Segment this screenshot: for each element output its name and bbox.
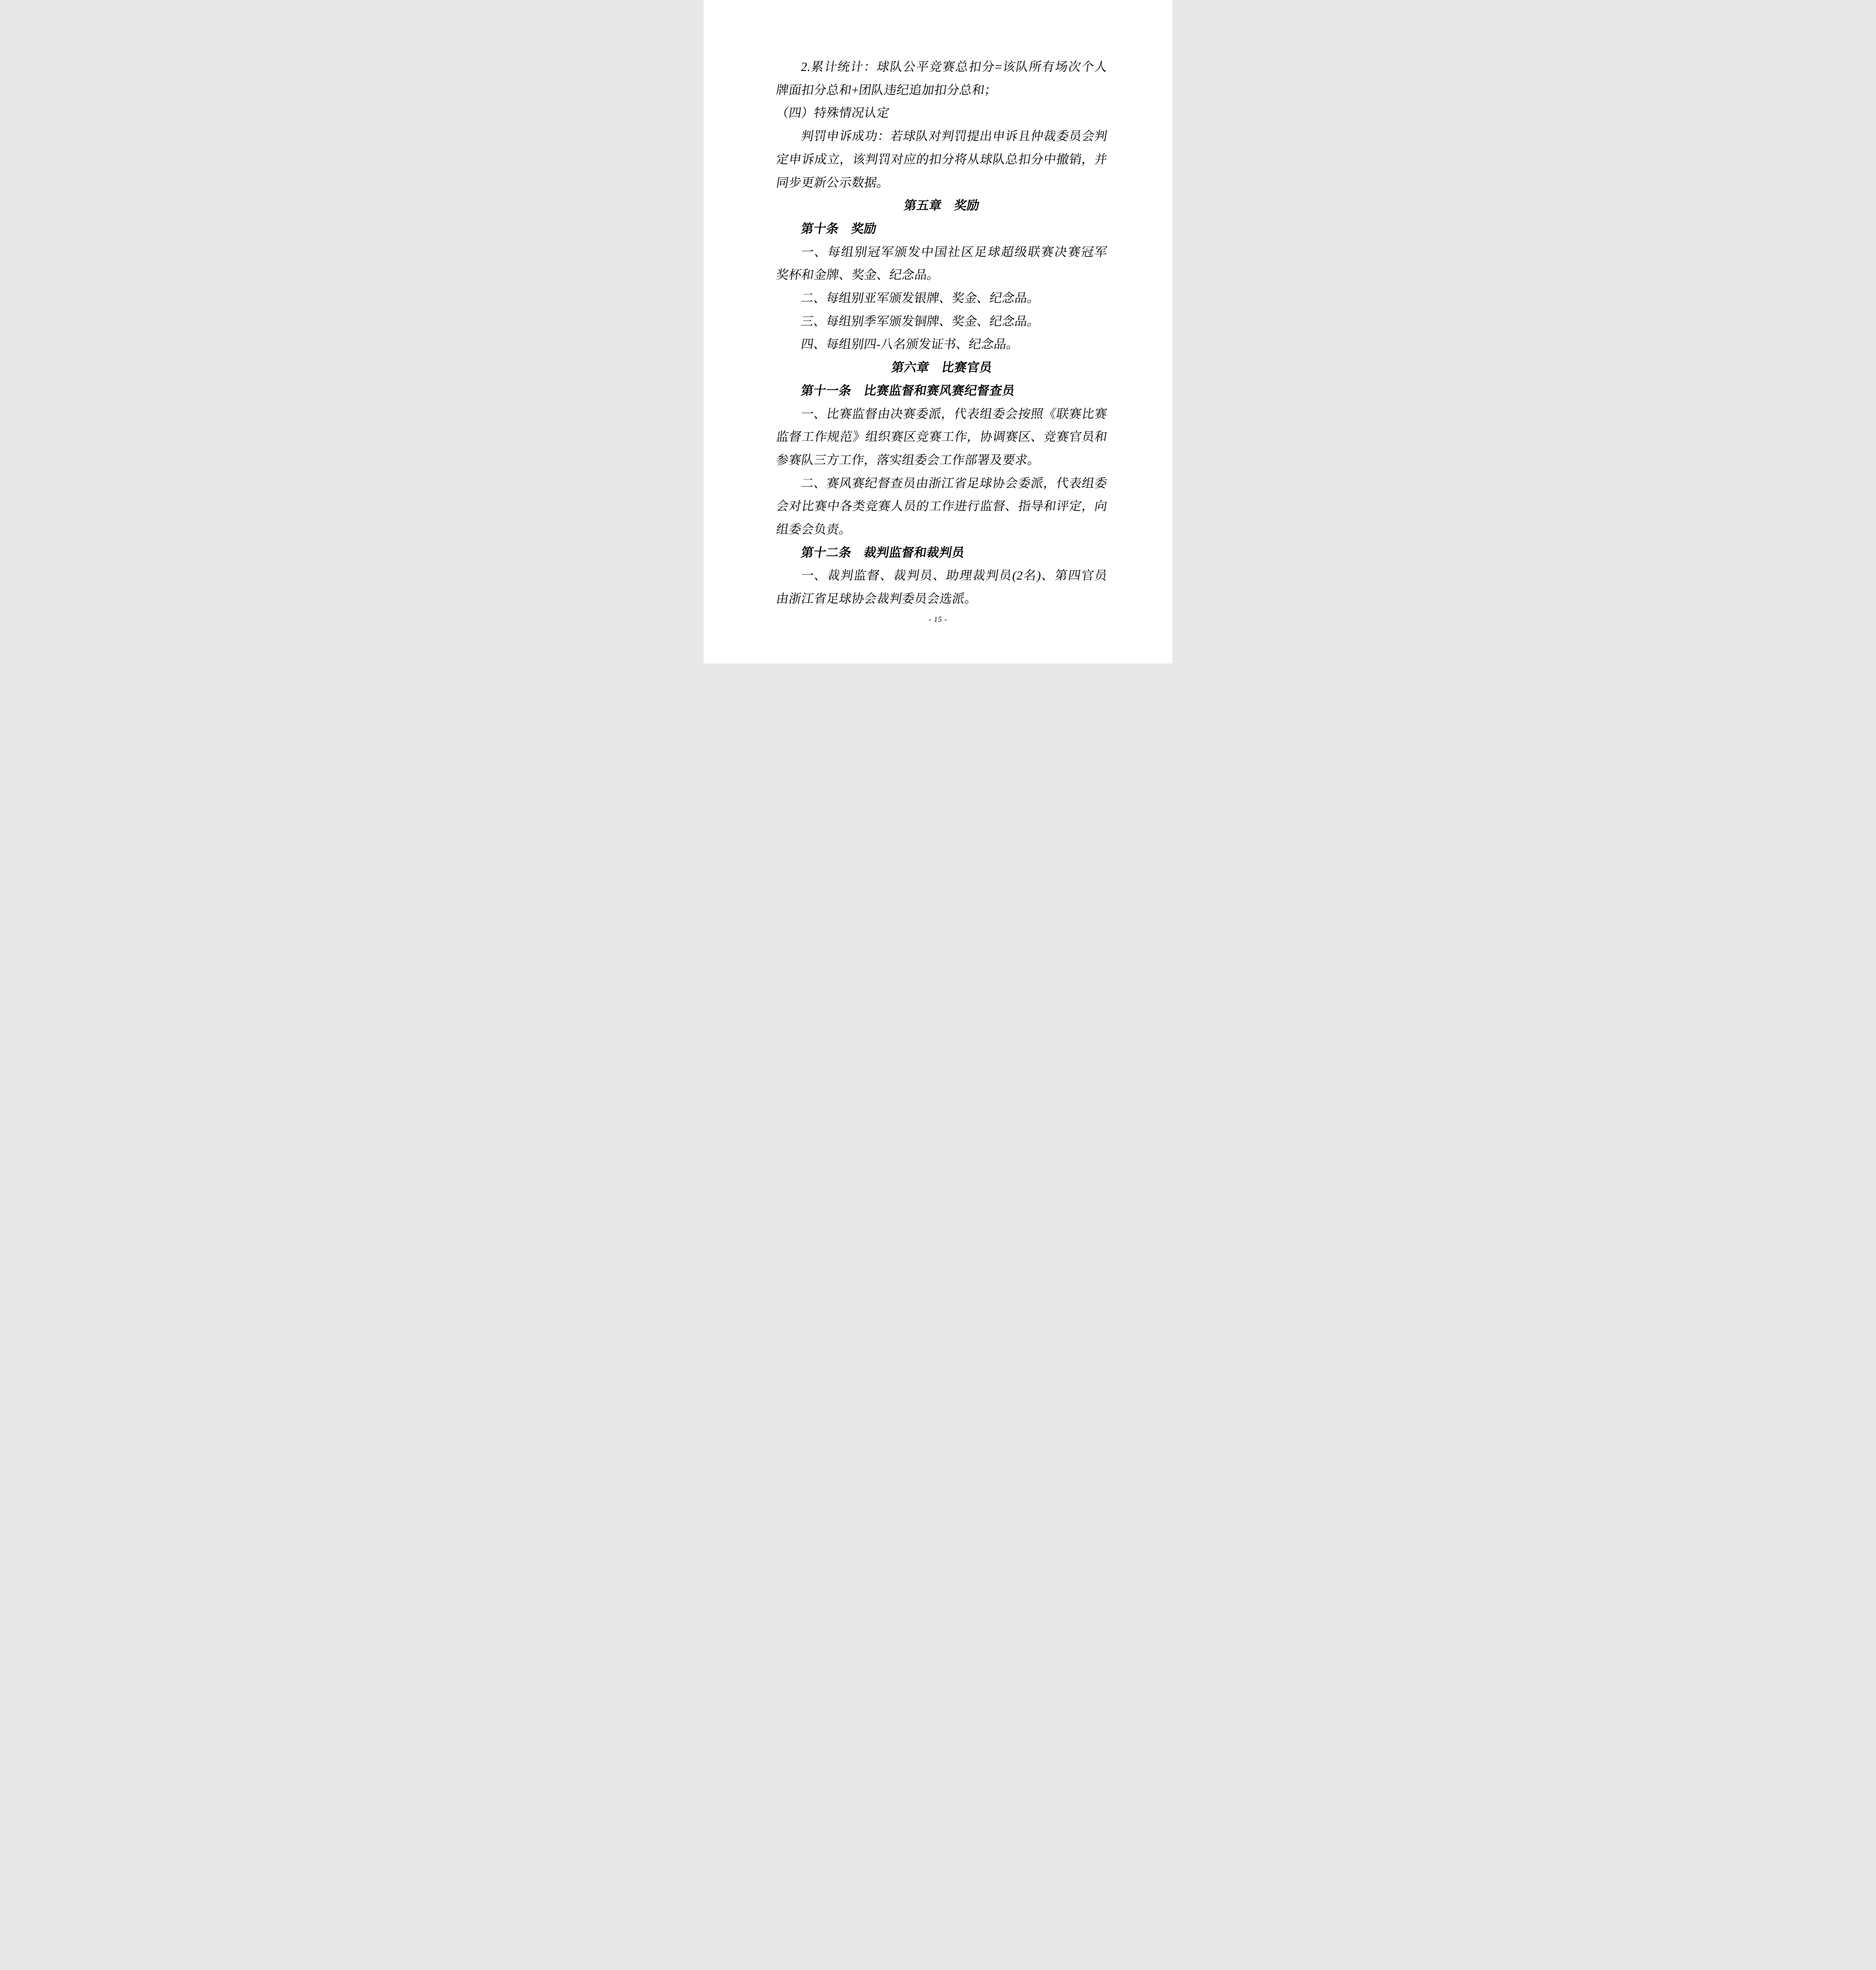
text-line: 一、裁判监督、裁判员、助理裁判员(2名)、第四官员: [775, 564, 1109, 587]
article-12-heading: 第十二条 裁判监督和裁判员: [775, 541, 1106, 565]
text-line: 三、每组别季军颁发铜牌、奖金、纪念品。: [775, 310, 1109, 333]
article-heading: 第十二条 裁判监督和裁判员: [775, 541, 1109, 565]
paragraph-special-case-label: （四）特殊情况认定: [775, 102, 1106, 125]
text-line: 同步更新公示数据。: [775, 171, 1109, 195]
page-number: - 15 -: [704, 615, 1172, 624]
text-line: 组委会负责。: [775, 518, 1109, 541]
chapter-heading: 第六章 比赛官员: [775, 356, 1109, 379]
chapter-heading: 第五章 奖励: [775, 194, 1109, 217]
text-line: 二、每组别亚军颁发银牌、奖金、纪念品。: [775, 287, 1109, 310]
text-line: 会对比赛中各类竞赛人员的工作进行监督、指导和评定，向: [775, 495, 1109, 518]
article-11-heading: 第十一条 比赛监督和赛风赛纪督查员: [775, 379, 1106, 403]
text-line: 奖杯和金牌、奖金、纪念品。: [775, 264, 1109, 287]
text-line: 二、赛风赛纪督查员由浙江省足球协会委派，代表组委: [775, 472, 1109, 495]
paragraph-article12-item1: 一、裁判监督、裁判员、助理裁判员(2名)、第四官员 由浙江省足球协会裁判委员会选…: [775, 564, 1106, 610]
document-body: 2.累计统计：球队公平竞赛总扣分=该队所有场次个人 牌面扣分总和+团队违纪追加扣…: [775, 56, 1106, 611]
document-page: 2.累计统计：球队公平竞赛总扣分=该队所有场次个人 牌面扣分总和+团队违纪追加扣…: [704, 0, 1172, 663]
article-heading: 第十条 奖励: [775, 217, 1109, 241]
text-line: （四）特殊情况认定: [775, 102, 1109, 125]
paragraph-award-runner-up: 二、每组别亚军颁发银牌、奖金、纪念品。: [775, 287, 1106, 310]
text-line: 四、每组别四-八名颁发证书、纪念品。: [775, 333, 1109, 356]
text-line: 参赛队三方工作，落实组委会工作部署及要求。: [775, 449, 1109, 472]
article-heading: 第十一条 比赛监督和赛风赛纪督查员: [775, 379, 1109, 403]
text-line: 一、每组别冠军颁发中国社区足球超级联赛决赛冠军: [775, 241, 1109, 264]
paragraph-award-fourth-to-eighth: 四、每组别四-八名颁发证书、纪念品。: [775, 333, 1106, 356]
text-line: 一、比赛监督由决赛委派，代表组委会按照《联赛比赛: [775, 403, 1109, 426]
text-line: 牌面扣分总和+团队违纪追加扣分总和；: [775, 79, 1109, 102]
chapter-5-title: 第五章 奖励: [775, 194, 1106, 217]
paragraph-appeal-success: 判罚申诉成功：若球队对判罚提出申诉且仲裁委员会判 定申诉成立，该判罚对应的扣分将…: [775, 125, 1106, 194]
chapter-6-title: 第六章 比赛官员: [775, 356, 1106, 379]
text-line: 监督工作规范》组织赛区竞赛工作，协调赛区、竞赛官员和: [775, 426, 1109, 449]
paragraph-award-third-place: 三、每组别季军颁发铜牌、奖金、纪念品。: [775, 310, 1106, 333]
text-line: 判罚申诉成功：若球队对判罚提出申诉且仲裁委员会判: [775, 125, 1109, 148]
text-line: 由浙江省足球协会裁判委员会选派。: [775, 587, 1109, 611]
text-line: 定申诉成立，该判罚对应的扣分将从球队总扣分中撤销，并: [775, 148, 1109, 171]
paragraph-award-champion: 一、每组别冠军颁发中国社区足球超级联赛决赛冠军 奖杯和金牌、奖金、纪念品。: [775, 241, 1106, 287]
article-10-heading: 第十条 奖励: [775, 217, 1106, 241]
text-line: 2.累计统计：球队公平竞赛总扣分=该队所有场次个人: [775, 56, 1109, 79]
paragraph-article11-item1: 一、比赛监督由决赛委派，代表组委会按照《联赛比赛 监督工作规范》组织赛区竞赛工作…: [775, 403, 1106, 472]
paragraph-cumulative-stats: 2.累计统计：球队公平竞赛总扣分=该队所有场次个人 牌面扣分总和+团队违纪追加扣…: [775, 56, 1106, 102]
paragraph-article11-item2: 二、赛风赛纪督查员由浙江省足球协会委派，代表组委 会对比赛中各类竞赛人员的工作进…: [775, 472, 1106, 541]
